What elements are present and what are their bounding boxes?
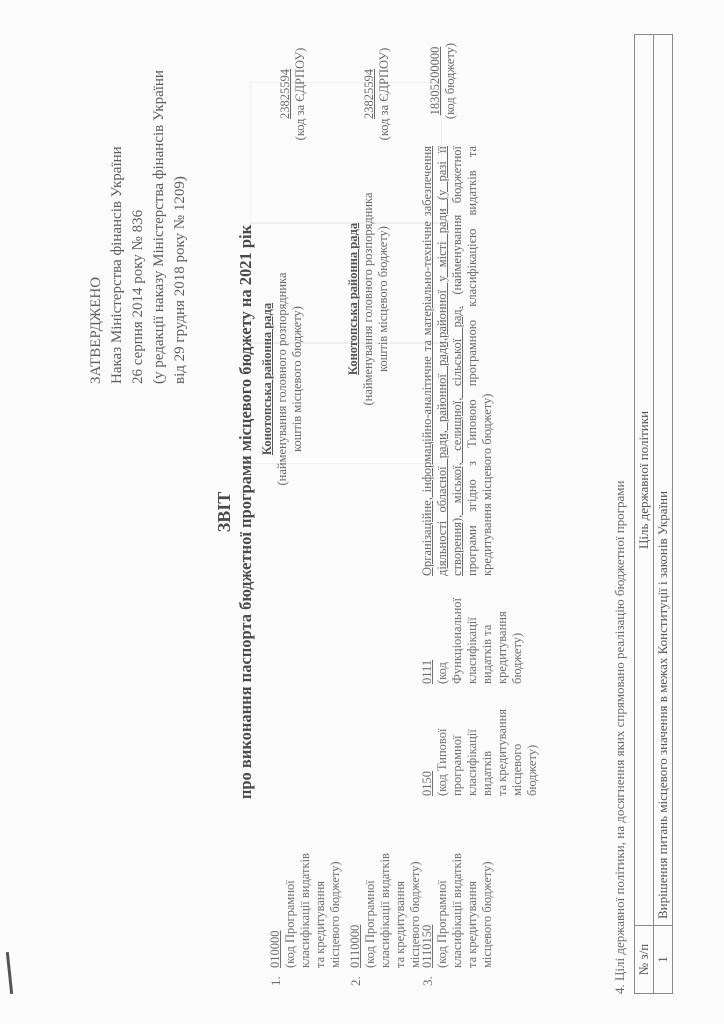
program-code: 0110000 (348, 808, 363, 968)
entity-caption: (найменування головного розпорядника (361, 174, 376, 424)
approval-line: Наказ Міністерства фінансів України (107, 70, 128, 384)
pen-mark (6, 952, 13, 994)
budget-code: 18305200000 (428, 26, 443, 136)
typical-caption: програмної (450, 696, 465, 796)
program-code: 0110150 (420, 808, 435, 968)
approval-line: (у редакції наказу Міністерства фінансів… (149, 70, 170, 384)
program-code-block: 0110000 (код Програмної класифікації вид… (348, 808, 423, 968)
functional-caption: бюджету) (510, 584, 525, 684)
code-caption: місцевого бюджету) (328, 808, 343, 968)
approval-line: від 29 грудня 2018 року № 1209) (170, 70, 191, 384)
report-subtitle: про виконання паспорта бюджетної програм… (236, 0, 256, 1024)
column-header-number: № з/п (635, 926, 654, 994)
budget-code-caption: (код бюджету) (443, 26, 458, 136)
code-caption: та кредитування (393, 808, 408, 968)
functional-caption: видатків та (480, 584, 495, 684)
entity-caption: коштів місцевого бюджету) (376, 174, 391, 424)
document-page: ЗАТВЕРДЖЕНО Наказ Міністерства фінансів … (0, 0, 724, 1024)
code-caption: (код Програмної (363, 808, 378, 968)
approval-line: 26 серпня 2014 року № 836 (128, 70, 149, 384)
entity-name: Конотопська районна рада (260, 254, 275, 504)
row-number: 1 (654, 926, 673, 994)
edrpou-block: 23825594 (код за ЄДРПОУ) (362, 34, 392, 154)
column-header-goal: Ціль державної політики (635, 35, 654, 926)
code-caption: класифікації видатків (298, 808, 313, 968)
edrpou-code: 23825594 (278, 34, 293, 154)
typical-caption: (код Типової (435, 696, 450, 796)
program-code-block: 010000 (код Програмної класифікації вида… (268, 808, 343, 968)
program-name-block: Організаційне, інформаційно-аналітичне т… (420, 146, 495, 576)
table-header-row: № з/п Ціль державної політики (635, 35, 654, 994)
section-4-heading: 4. Цілі державної політики, на досягненн… (612, 481, 628, 994)
program-code-block: 0110150 (код Програмної класифікації вид… (420, 808, 495, 968)
typical-code: 0150 (420, 696, 435, 796)
approval-block: ЗАТВЕРДЖЕНО Наказ Міністерства фінансів … (86, 70, 191, 384)
code-caption: класифікації видатків (450, 808, 465, 968)
code-caption: та кредитування (313, 808, 328, 968)
policy-goals-table: № з/п Ціль державної політики 1 Вирішенн… (634, 34, 673, 994)
edrpou-caption: (код за ЄДРПОУ) (377, 34, 392, 154)
budget-code-block: 18305200000 (код бюджету) (428, 26, 458, 136)
typical-code-block: 0150 (код Типової програмної класифікаці… (420, 696, 540, 796)
entity-name: Конотопська районна рада (346, 174, 361, 424)
edrpou-code: 23825594 (362, 34, 377, 154)
functional-code: 0111 (420, 584, 435, 684)
item-number: 2. (348, 976, 364, 986)
program-code: 010000 (268, 808, 283, 968)
functional-caption: (код (435, 584, 450, 684)
edrpou-caption: (код за ЄДРПОУ) (293, 34, 308, 154)
report-title: ЗВІТ (214, 0, 235, 1024)
code-caption: класифікації видатків (378, 808, 393, 968)
typical-caption: видатків (480, 696, 495, 796)
typical-caption: та кредитування (495, 696, 510, 796)
entity-caption: (найменування головного розпорядника (275, 254, 290, 504)
item-number: 1. (268, 976, 284, 986)
typical-caption: класифікації (465, 696, 480, 796)
code-caption: та кредитування (465, 808, 480, 968)
entity-block: Конотопська районна рада (найменування г… (346, 174, 391, 424)
code-caption: місцевого бюджету) (480, 808, 495, 968)
functional-caption: кредитування (495, 584, 510, 684)
row-goal: Вирішення питань місцевого значення в ме… (654, 35, 673, 926)
table-row: 1 Вирішення питань місцевого значення в … (654, 35, 673, 994)
functional-caption: Функціональної (450, 584, 465, 684)
typical-caption: місцевого (510, 696, 525, 796)
code-caption: (код Програмної (435, 808, 450, 968)
functional-code-block: 0111 (код Функціональної класифікації ви… (420, 584, 525, 684)
edrpou-block: 23825594 (код за ЄДРПОУ) (278, 34, 308, 154)
entity-block: Конотопська районна рада (найменування г… (260, 254, 305, 504)
approval-line: ЗАТВЕРДЖЕНО (86, 70, 107, 384)
functional-caption: класифікації (465, 584, 480, 684)
item-number: 3. (420, 976, 436, 986)
entity-caption: коштів місцевого бюджету) (290, 254, 305, 504)
typical-caption: бюджету) (525, 696, 540, 796)
code-caption: (код Програмної (283, 808, 298, 968)
